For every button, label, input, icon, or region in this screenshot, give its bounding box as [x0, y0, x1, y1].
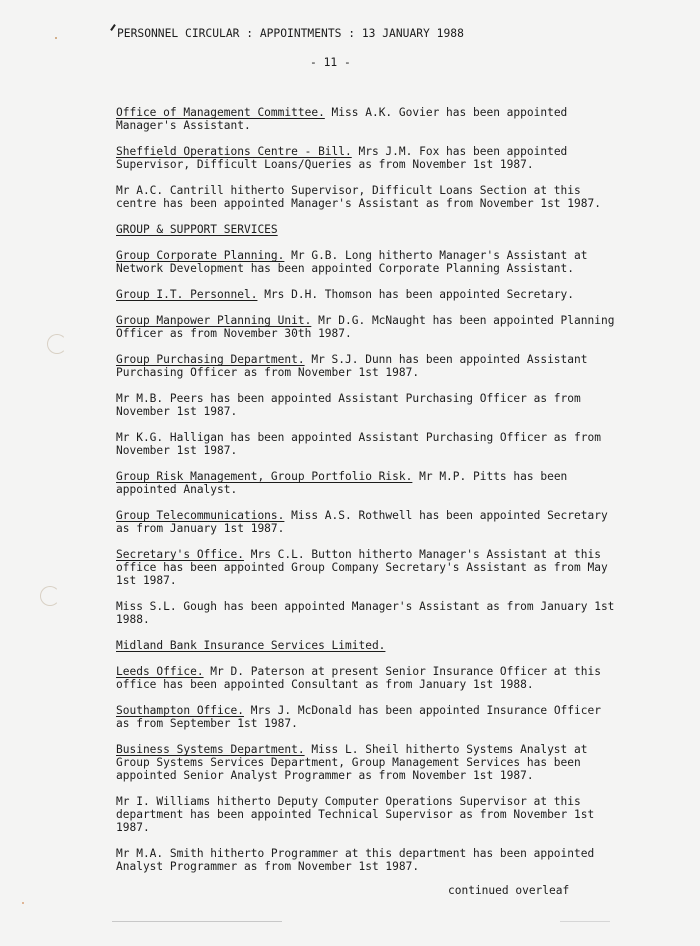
- paragraph-line: Supervisor, Difficult Loans/Queries as f…: [116, 158, 616, 171]
- appointment-text: Analyst Programmer as from November 1st …: [116, 860, 419, 873]
- appointment-text: Mr G.B. Long hitherto Manager's Assistan…: [284, 249, 587, 262]
- appointment-text: office has been appointed Group Company …: [116, 561, 608, 574]
- department-heading: Group Corporate Planning.: [116, 249, 284, 262]
- paragraph-line: Officer as from November 30th 1987.: [116, 327, 616, 340]
- appointment-text: Miss L. Sheil hitherto Systems Analyst a…: [305, 743, 588, 756]
- appointment-text: Mr D. Paterson at present Senior Insuran…: [204, 665, 601, 678]
- appointment-paragraph: Business Systems Department. Miss L. She…: [116, 743, 616, 782]
- appointment-text: appointed Analyst.: [116, 483, 237, 496]
- appointment-paragraph: Sheffield Operations Centre - Bill. Mrs …: [116, 145, 616, 171]
- page-number: - 11 -: [310, 56, 351, 69]
- paragraph-line: Analyst Programmer as from November 1st …: [116, 860, 616, 873]
- footer-rule: [560, 921, 610, 922]
- paragraph-line: Mr M.A. Smith hitherto Programmer at thi…: [116, 847, 616, 860]
- appointment-text: Mr K.G. Halligan has been appointed Assi…: [116, 431, 601, 444]
- paragraph-line: Mr K.G. Halligan has been appointed Assi…: [116, 431, 616, 444]
- paragraph-line: as from September 1st 1987.: [116, 717, 616, 730]
- paragraph-line: Group I.T. Personnel. Mrs D.H. Thomson h…: [116, 288, 616, 301]
- paragraph-line: office has been appointed Consultant as …: [116, 678, 616, 691]
- paragraph-line: appointed Senior Analyst Programmer as f…: [116, 769, 616, 782]
- paragraph-line: Group Corporate Planning. Mr G.B. Long h…: [116, 249, 616, 262]
- department-heading: Southampton Office.: [116, 704, 244, 717]
- appointment-paragraph: Mr A.C. Cantrill hitherto Supervisor, Di…: [116, 184, 616, 210]
- department-heading: Leeds Office.: [116, 665, 204, 678]
- appointment-text: Manager's Assistant.: [116, 119, 251, 132]
- appointment-paragraph: Leeds Office. Mr D. Paterson at present …: [116, 665, 616, 691]
- appointment-paragraph: Mr I. Williams hitherto Deputy Computer …: [116, 795, 616, 834]
- department-heading: Business Systems Department.: [116, 743, 305, 756]
- paragraph-line: Mr M.B. Peers has been appointed Assista…: [116, 392, 616, 405]
- paragraph-line: November 1st 1987.: [116, 444, 616, 457]
- appointment-paragraph: Miss S.L. Gough has been appointed Manag…: [116, 600, 616, 626]
- appointment-text: department has been appointed Technical …: [116, 808, 594, 821]
- paragraph-line: 1988.: [116, 613, 616, 626]
- appointment-paragraph: Group I.T. Personnel. Mrs D.H. Thomson h…: [116, 288, 616, 301]
- appointment-text: office has been appointed Consultant as …: [116, 678, 534, 691]
- appointment-text: Mrs C.L. Button hitherto Manager's Assis…: [244, 548, 601, 561]
- appointment-text: Miss A.S. Rothwell has been appointed Se…: [284, 509, 607, 522]
- footer-rule: [112, 921, 282, 922]
- appointment-text: November 1st 1987.: [116, 444, 237, 457]
- appointment-paragraph: Group Telecommunications. Miss A.S. Roth…: [116, 509, 616, 535]
- appointment-text: Mrs J.M. Fox has been appointed: [352, 145, 568, 158]
- paper-speck: [22, 902, 24, 904]
- paragraph-line: Southampton Office. Mrs J. McDonald has …: [116, 704, 616, 717]
- paragraph-line: 1987.: [116, 821, 616, 834]
- department-heading: Sheffield Operations Centre - Bill.: [116, 145, 352, 158]
- appointment-paragraph: Southampton Office. Mrs J. McDonald has …: [116, 704, 616, 730]
- paragraph-line: department has been appointed Technical …: [116, 808, 616, 821]
- appointments-body: Office of Management Committee. Miss A.K…: [116, 106, 616, 886]
- appointment-text: Mr M.B. Peers has been appointed Assista…: [116, 392, 581, 405]
- appointment-text: Mrs D.H. Thomson has been appointed Secr…: [257, 288, 574, 301]
- paragraph-line: Office of Management Committee. Miss A.K…: [116, 106, 616, 119]
- appointment-text: Mr M.P. Pitts has been: [412, 470, 567, 483]
- appointment-text: Mr M.A. Smith hitherto Programmer at thi…: [116, 847, 594, 860]
- appointment-text: 1988.: [116, 613, 150, 626]
- department-heading: Group Risk Management, Group Portfolio R…: [116, 470, 412, 483]
- appointment-text: Mrs J. McDonald has been appointed Insur…: [244, 704, 601, 717]
- paper-speck: [55, 37, 57, 39]
- appointment-text: 1st 1987.: [116, 574, 177, 587]
- appointment-text: Miss S.L. Gough has been appointed Manag…: [116, 600, 614, 613]
- paragraph-line: centre has been appointed Manager's Assi…: [116, 197, 616, 210]
- appointment-text: Network Development has been appointed C…: [116, 262, 574, 275]
- section-heading: GROUP & SUPPORT SERVICES: [116, 223, 616, 236]
- appointment-text: as from January 1st 1987.: [116, 522, 284, 535]
- department-heading: Secretary's Office.: [116, 548, 244, 561]
- appointment-text: Officer as from November 30th 1987.: [116, 327, 352, 340]
- department-heading: Group I.T. Personnel.: [116, 288, 257, 301]
- paragraph-line: Mr I. Williams hitherto Deputy Computer …: [116, 795, 616, 808]
- paragraph-line: appointed Analyst.: [116, 483, 616, 496]
- paragraph-line: Purchasing Officer as from November 1st …: [116, 366, 616, 379]
- paragraph-line: Manager's Assistant.: [116, 119, 616, 132]
- punch-hole-bottom: [40, 586, 60, 606]
- paragraph-line: office has been appointed Group Company …: [116, 561, 616, 574]
- section-heading-text: GROUP & SUPPORT SERVICES: [116, 223, 278, 236]
- paragraph-line: Group Risk Management, Group Portfolio R…: [116, 470, 616, 483]
- paragraph-line: Sheffield Operations Centre - Bill. Mrs …: [116, 145, 616, 158]
- appointment-paragraph: Mr M.A. Smith hitherto Programmer at thi…: [116, 847, 616, 873]
- punch-hole-top: [47, 334, 67, 354]
- paragraph-line: Mr A.C. Cantrill hitherto Supervisor, Di…: [116, 184, 616, 197]
- document-page: PERSONNEL CIRCULAR : APPOINTMENTS : 13 J…: [0, 0, 700, 946]
- paragraph-line: Miss S.L. Gough has been appointed Manag…: [116, 600, 616, 613]
- appointment-paragraph: Group Corporate Planning. Mr G.B. Long h…: [116, 249, 616, 275]
- paragraph-line: Group Systems Services Department, Group…: [116, 756, 616, 769]
- appointment-text: Supervisor, Difficult Loans/Queries as f…: [116, 158, 534, 171]
- circular-header: PERSONNEL CIRCULAR : APPOINTMENTS : 13 J…: [117, 27, 464, 40]
- appointment-text: Mr D.G. McNaught has been appointed Plan…: [311, 314, 614, 327]
- appointment-text: 1987.: [116, 821, 150, 834]
- department-heading: Group Purchasing Department.: [116, 353, 305, 366]
- appointment-paragraph: Mr K.G. Halligan has been appointed Assi…: [116, 431, 616, 457]
- continued-overleaf-note: continued overleaf: [448, 884, 569, 897]
- appointment-paragraph: Office of Management Committee. Miss A.K…: [116, 106, 616, 132]
- paragraph-line: Group Purchasing Department. Mr S.J. Dun…: [116, 353, 616, 366]
- appointment-text: Purchasing Officer as from November 1st …: [116, 366, 419, 379]
- paragraph-line: Network Development has been appointed C…: [116, 262, 616, 275]
- appointment-paragraph: Secretary's Office. Mrs C.L. Button hith…: [116, 548, 616, 587]
- section-heading-text: Midland Bank Insurance Services Limited.: [116, 639, 385, 652]
- paragraph-line: Leeds Office. Mr D. Paterson at present …: [116, 665, 616, 678]
- appointment-paragraph: Group Risk Management, Group Portfolio R…: [116, 470, 616, 496]
- appointment-text: Mr S.J. Dunn has been appointed Assistan…: [305, 353, 588, 366]
- paragraph-line: 1st 1987.: [116, 574, 616, 587]
- appointment-paragraph: Group Purchasing Department. Mr S.J. Dun…: [116, 353, 616, 379]
- appointment-text: Mr A.C. Cantrill hitherto Supervisor, Di…: [116, 184, 581, 197]
- appointment-text: Mr I. Williams hitherto Deputy Computer …: [116, 795, 581, 808]
- paragraph-line: Group Telecommunications. Miss A.S. Roth…: [116, 509, 616, 522]
- department-heading: Group Manpower Planning Unit.: [116, 314, 311, 327]
- paragraph-line: as from January 1st 1987.: [116, 522, 616, 535]
- paragraph-line: Business Systems Department. Miss L. She…: [116, 743, 616, 756]
- appointment-text: November 1st 1987.: [116, 405, 237, 418]
- pen-mark: [110, 24, 116, 31]
- appointment-text: appointed Senior Analyst Programmer as f…: [116, 769, 534, 782]
- department-heading: Office of Management Committee.: [116, 106, 325, 119]
- appointment-text: as from September 1st 1987.: [116, 717, 298, 730]
- appointment-text: Group Systems Services Department, Group…: [116, 756, 581, 769]
- department-heading: Group Telecommunications.: [116, 509, 284, 522]
- appointment-paragraph: Group Manpower Planning Unit. Mr D.G. Mc…: [116, 314, 616, 340]
- paragraph-line: Secretary's Office. Mrs C.L. Button hith…: [116, 548, 616, 561]
- appointment-text: centre has been appointed Manager's Assi…: [116, 197, 601, 210]
- paragraph-line: Group Manpower Planning Unit. Mr D.G. Mc…: [116, 314, 616, 327]
- section-heading: Midland Bank Insurance Services Limited.: [116, 639, 616, 652]
- appointment-text: Miss A.K. Govier has been appointed: [325, 106, 567, 119]
- paragraph-line: November 1st 1987.: [116, 405, 616, 418]
- appointment-paragraph: Mr M.B. Peers has been appointed Assista…: [116, 392, 616, 418]
